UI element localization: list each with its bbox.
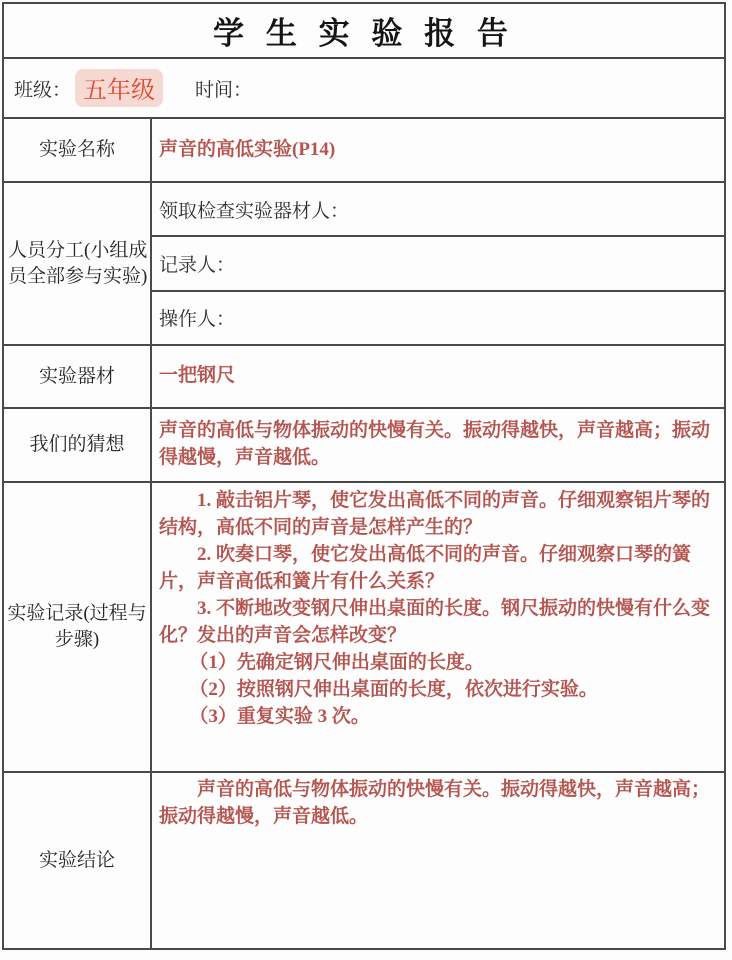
class-label: 班级： — [14, 75, 71, 102]
field-recorder: 记录人： — [152, 237, 724, 291]
record-substep: （1）先确定钢尺伸出桌面的长度。 — [159, 650, 718, 677]
record-label: 实验记录(过程与步骤) — [4, 483, 152, 771]
personnel-label: 人员分工(小组成员全部参与实验) — [4, 183, 152, 344]
record-step: 2. 吹奏口琴，使它发出高低不同的声音。仔细观察口琴的簧片，声音高低和簧片有什么… — [159, 542, 718, 596]
field-operator: 操作人： — [152, 292, 724, 344]
personnel-row: 人员分工(小组成员全部参与实验) 领取检查实验器材人： 记录人： 操作人： — [4, 183, 724, 346]
guess-label: 我们的猜想 — [4, 409, 152, 481]
equipment-label: 实验器材 — [4, 346, 152, 407]
title-row: 学 生 实 验 报 告 — [4, 4, 724, 59]
record-step: 3. 不断地改变钢尺伸出桌面的长度。钢尺振动的快慢有什么变化？发出的声音会怎样改… — [159, 596, 718, 650]
conclusion-label: 实验结论 — [4, 773, 152, 948]
conclusion-value: 声音的高低与物体振动的快慢有关。振动得越快，声音越高；振动得越慢，声音越低。 — [159, 777, 718, 831]
personnel-fields: 领取检查实验器材人： 记录人： 操作人： — [152, 183, 724, 344]
record-step: 1. 敲击铝片琴，使它发出高低不同的声音。仔细观察铝片琴的结构，高低不同的声音是… — [159, 488, 718, 542]
record-substep: （2）按照钢尺伸出桌面的长度，依次进行实验。 — [159, 677, 718, 704]
equipment-value: 一把钢尺 — [152, 346, 724, 407]
class-value: 五年级 — [75, 69, 163, 107]
experiment-name-label: 实验名称 — [4, 119, 152, 181]
guess-value: 声音的高低与物体振动的快慢有关。振动得越快，声音越高；振动得越慢，声音越低。 — [152, 409, 724, 481]
conclusion-row: 实验结论 声音的高低与物体振动的快慢有关。振动得越快，声音越高；振动得越慢，声音… — [4, 773, 724, 948]
page-title: 学 生 实 验 报 告 — [213, 8, 515, 53]
time-label: 时间： — [195, 75, 252, 102]
conclusion-cell: 声音的高低与物体振动的快慢有关。振动得越快，声音越高；振动得越慢，声音越低。 — [152, 773, 724, 948]
experiment-name-row: 实验名称 声音的高低实验(P14) — [4, 119, 724, 183]
guess-row: 我们的猜想 声音的高低与物体振动的快慢有关。振动得越快，声音越高；振动得越慢，声… — [4, 409, 724, 483]
record-row: 实验记录(过程与步骤) 1. 敲击铝片琴，使它发出高低不同的声音。仔细观察铝片琴… — [4, 483, 724, 773]
record-steps: 1. 敲击铝片琴，使它发出高低不同的声音。仔细观察铝片琴的结构，高低不同的声音是… — [152, 483, 724, 771]
report-sheet: 学 生 实 验 报 告 班级： 五年级 时间： 实验名称 声音的高低实验(P14… — [2, 2, 726, 950]
record-substep: （3）重复实验 3 次。 — [159, 704, 718, 731]
equipment-row: 实验器材 一把钢尺 — [4, 346, 724, 409]
experiment-name-value: 声音的高低实验(P14) — [152, 119, 724, 181]
class-time-row: 班级： 五年级 时间： — [4, 59, 724, 119]
field-equipment-collector: 领取检查实验器材人： — [152, 183, 724, 237]
